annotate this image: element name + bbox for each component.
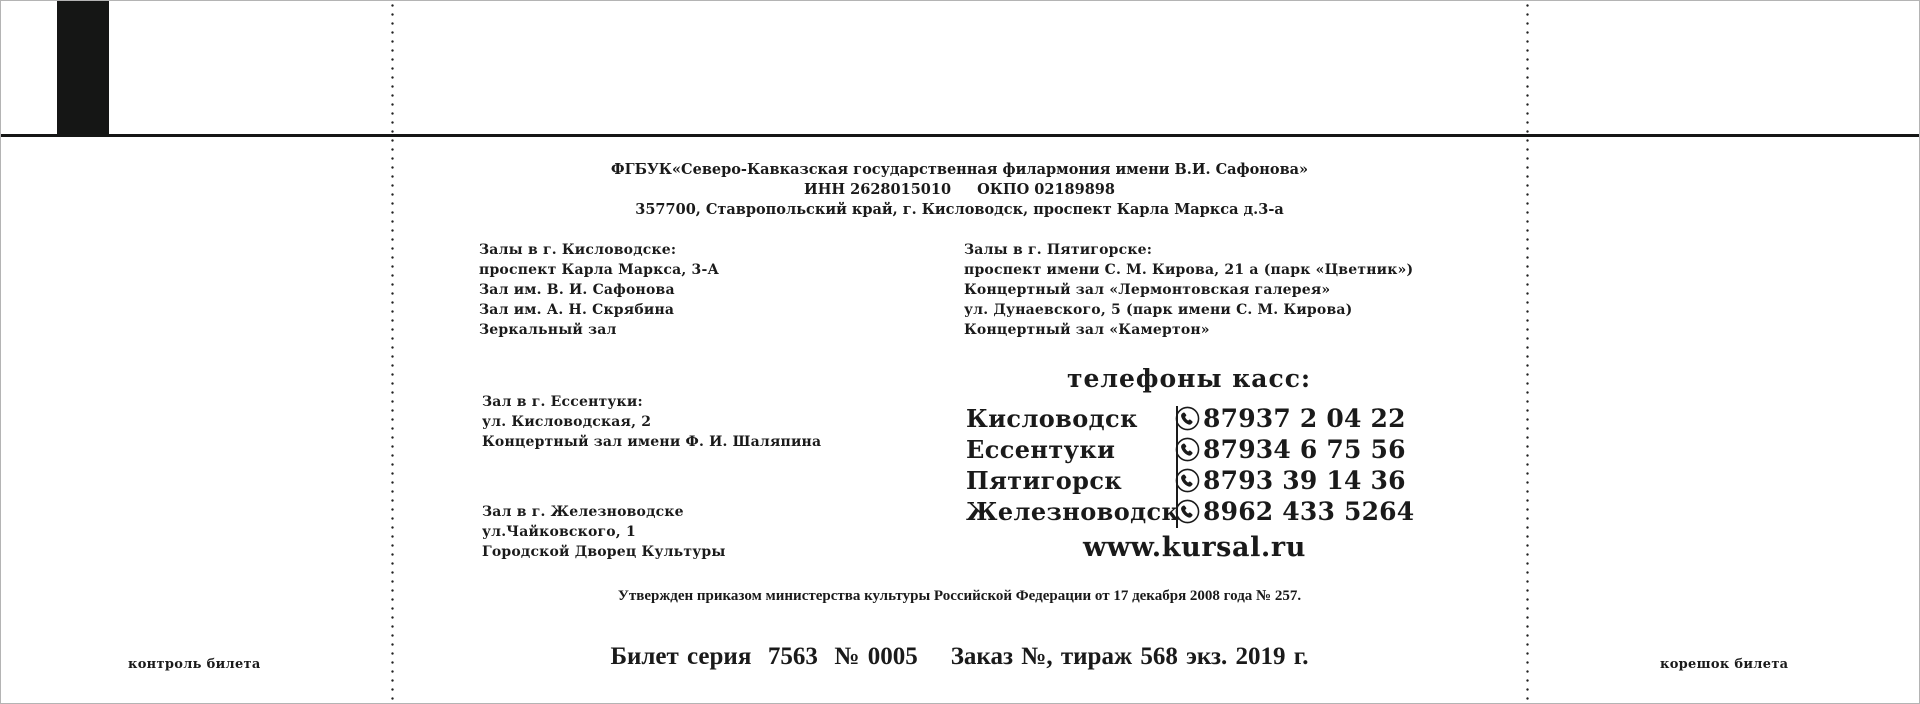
phone-city: Ессентуки (966, 435, 1175, 464)
phone-circle-icon (1175, 499, 1200, 524)
organization-header: ФГБУК«Северо-Кавказская государственная … (392, 160, 1527, 220)
phones-separator (1176, 406, 1178, 528)
number-label: № (834, 643, 859, 670)
hall-line: Концертный зал «Лермонтовская галерея» (964, 280, 1413, 300)
phone-row: Пятигорск 8793 39 14 36 (966, 465, 1414, 496)
phone-row: Ессентуки 87934 6 75 56 (966, 434, 1414, 465)
hall-line: Залы в г. Кисловодске: (479, 240, 719, 260)
phone-number[interactable]: 87934 6 75 56 (1203, 435, 1406, 464)
hall-line: Залы в г. Пятигорске: (964, 240, 1413, 260)
halls-pyatigorsk: Залы в г. Пятигорске: проспект имени С. … (964, 240, 1413, 340)
organization-address: 357700, Ставропольский край, г. Кисловод… (392, 200, 1527, 220)
phone-circle-icon (1175, 468, 1200, 493)
series-label: Билет серия (610, 643, 751, 670)
halls-essentuki: Зал в г. Ессентуки: ул. Кисловодская, 2 … (482, 392, 821, 452)
organization-codes: ИНН 2628015010ОКПО 02189898 (392, 180, 1527, 200)
hall-line: Зеркальный зал (479, 320, 719, 340)
phone-number[interactable]: 8962 433 5264 (1203, 497, 1414, 526)
ticket-control-label: контроль билета (128, 657, 261, 672)
inn: ИНН 2628015010 (804, 181, 951, 198)
box-office-phones-title: телефоны касс: (1067, 364, 1311, 393)
website-link[interactable]: www.kursal.ru (1083, 532, 1306, 563)
hall-line: Концертный зал «Камертон» (964, 320, 1413, 340)
hall-line: Зал им. А. Н. Скрябина (479, 300, 719, 320)
ticket-series-line: Билет серия 7563 № 0005 Заказ №, тираж 5… (392, 643, 1527, 671)
phone-circle-icon (1175, 437, 1200, 462)
okpo: ОКПО 02189898 (977, 181, 1115, 198)
hall-line: Зал в г. Железноводске (482, 502, 726, 522)
phone-row: Железноводск 8962 433 5264 (966, 496, 1414, 527)
phone-number[interactable]: 8793 39 14 36 (1203, 466, 1406, 495)
halls-kislovodsk: Залы в г. Кисловодске: проспект Карла Ма… (479, 240, 719, 340)
horizontal-rule (1, 134, 1919, 137)
ticket-number: 0005 (868, 643, 918, 670)
organization-name: ФГБУК«Северо-Кавказская государственная … (392, 160, 1527, 180)
box-office-phones: Кисловодск 87937 2 04 22 Ессентуки 87934… (966, 403, 1414, 527)
phone-city: Кисловодск (966, 404, 1175, 433)
phone-circle-icon (1175, 406, 1200, 431)
hall-line: ул. Дунаевского, 5 (парк имени С. М. Кир… (964, 300, 1413, 320)
halls-zheleznovodsk: Зал в г. Железноводске ул.Чайковского, 1… (482, 502, 726, 562)
order-info: Заказ №, тираж 568 экз. 2019 г. (951, 643, 1309, 670)
hall-line: Зал в г. Ессентуки: (482, 392, 821, 412)
hall-line: ул.Чайковского, 1 (482, 522, 726, 542)
phone-row: Кисловодск 87937 2 04 22 (966, 403, 1414, 434)
phone-city: Пятигорск (966, 466, 1175, 495)
hall-line: Концертный зал имени Ф. И. Шаляпина (482, 432, 821, 452)
hall-line: проспект Карла Маркса, 3-А (479, 260, 719, 280)
phone-city: Железноводск (966, 497, 1175, 526)
hall-line: Зал им. В. И. Сафонова (479, 280, 719, 300)
hall-line: ул. Кисловодская, 2 (482, 412, 821, 432)
series-value: 7563 (768, 643, 818, 670)
hall-line: Городской Дворец Культуры (482, 542, 726, 562)
approval-notice: Утвержден приказом министерства культуры… (392, 588, 1527, 605)
hall-line: проспект имени С. М. Кирова, 21 а (парк … (964, 260, 1413, 280)
ticket-counterfoil-label: корешок билета (1660, 657, 1788, 672)
black-marker-bar (57, 1, 109, 136)
phone-number[interactable]: 87937 2 04 22 (1203, 404, 1406, 433)
